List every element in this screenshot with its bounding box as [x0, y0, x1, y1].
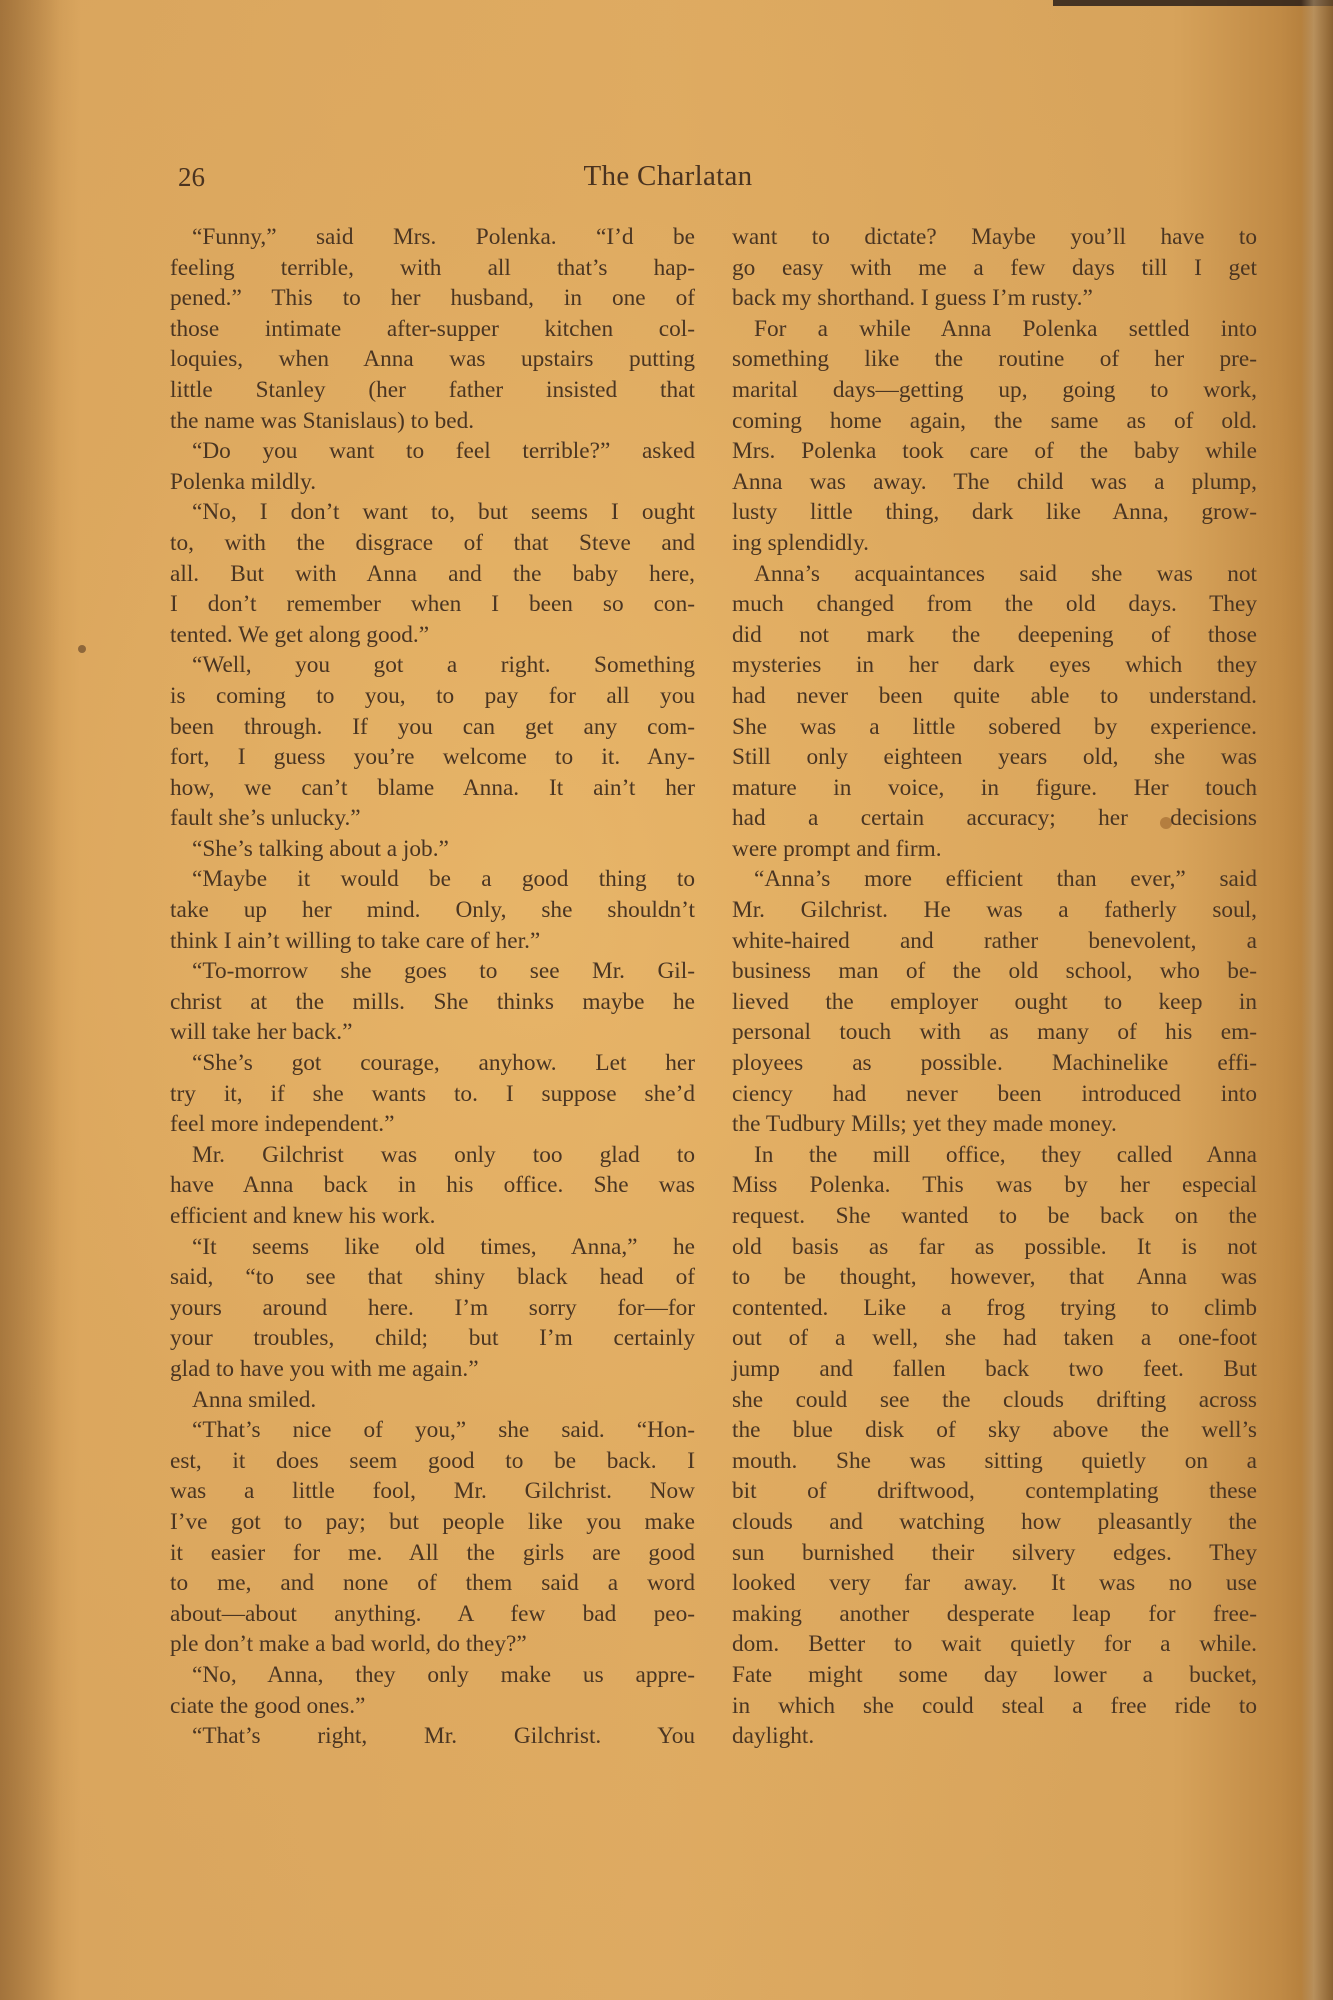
paragraph: “It seems like old times, Anna,” hesaid,… — [170, 1232, 695, 1385]
text-line: go easy with me a few days till I get — [732, 253, 1257, 284]
text-line: daylight. — [732, 1721, 1257, 1752]
text-line: mysteries in her dark eyes which they — [732, 650, 1257, 681]
text-line: business man of the old school, who be- — [732, 956, 1257, 987]
text-line: ployees as possible. Machinelike effi- — [732, 1048, 1257, 1079]
text-line: glad to have you with me again.” — [170, 1354, 695, 1385]
text-line: the blue disk of sky above the well’s — [732, 1415, 1257, 1446]
paragraph: “To-morrow she goes to see Mr. Gil-chris… — [170, 956, 695, 1048]
paragraph: “She’s got courage, anyhow. Let hertry i… — [170, 1048, 695, 1140]
text-line: efficient and knew his work. — [170, 1201, 695, 1232]
text-line: bit of driftwood, contemplating these — [732, 1476, 1257, 1507]
paragraph: Anna’s acquaintances said she was notmuc… — [732, 559, 1257, 865]
book-page: 26 The Charlatan “Funny,” said Mrs. Pole… — [0, 0, 1333, 2000]
text-line: marital days—getting up, going to work, — [732, 375, 1257, 406]
text-line: to me, and none of them said a word — [170, 1568, 695, 1599]
page-right-edge — [1301, 0, 1333, 2000]
text-line: I’ve got to pay; but people like you mak… — [170, 1507, 695, 1538]
text-line: were prompt and firm. — [732, 834, 1257, 865]
text-line: the name was Stanislaus) to bed. — [170, 406, 695, 437]
paragraph: Anna smiled. — [170, 1385, 695, 1416]
text-line: how, we can’t blame Anna. It ain’t her — [170, 773, 695, 804]
text-column-left: “Funny,” said Mrs. Polenka. “I’d befeeli… — [170, 222, 695, 1752]
text-line: had never been quite able to understand. — [732, 681, 1257, 712]
text-line: mouth. She was sitting quietly on a — [732, 1446, 1257, 1477]
text-line: she could see the clouds drifting across — [732, 1385, 1257, 1416]
text-line: will take her back.” — [170, 1017, 695, 1048]
paragraph: want to dictate? Maybe you’ll have togo … — [732, 222, 1257, 314]
text-line: feel more independent.” — [170, 1109, 695, 1140]
text-line: did not mark the deepening of those — [732, 620, 1257, 651]
paragraph: Mr. Gilchrist was only too glad tohave A… — [170, 1140, 695, 1232]
text-line: making another desperate leap for free- — [732, 1599, 1257, 1630]
text-line: yours around here. I’m sorry for—for — [170, 1293, 695, 1324]
text-line: the Tudbury Mills; yet they made money. — [732, 1109, 1257, 1140]
text-line: I don’t remember when I been so con- — [170, 589, 695, 620]
paragraph: “No, Anna, they only make us appre-ciate… — [170, 1660, 695, 1721]
text-line: In the mill office, they called Anna — [732, 1140, 1257, 1171]
text-line: “That’s nice of you,” she said. “Hon- — [170, 1415, 695, 1446]
text-line: had a certain accuracy; her decisions — [732, 803, 1257, 834]
text-line: loquies, when Anna was upstairs putting — [170, 344, 695, 375]
text-line: have Anna back in his office. She was — [170, 1170, 695, 1201]
text-line: contented. Like a frog trying to climb — [732, 1293, 1257, 1324]
text-line: “No, Anna, they only make us appre- — [170, 1660, 695, 1691]
text-line: lieved the employer ought to keep in — [732, 987, 1257, 1018]
text-line: Anna smiled. — [170, 1385, 695, 1416]
text-line: “Funny,” said Mrs. Polenka. “I’d be — [170, 222, 695, 253]
text-line: Miss Polenka. This was by her especial — [732, 1170, 1257, 1201]
text-line: all. But with Anna and the baby here, — [170, 559, 695, 590]
text-line: Polenka mildly. — [170, 467, 695, 498]
text-line: been through. If you can get any com- — [170, 712, 695, 743]
paragraph: “Well, you got a right. Somethingis comi… — [170, 650, 695, 834]
text-line: ple don’t make a bad world, do they?” — [170, 1629, 695, 1660]
text-line: “Well, you got a right. Something — [170, 650, 695, 681]
stain-spot — [78, 645, 86, 653]
text-line: Mr. Gilchrist was only too glad to — [170, 1140, 695, 1171]
text-line: back my shorthand. I guess I’m rusty.” — [732, 283, 1257, 314]
text-line: try it, if she wants to. I suppose she’d — [170, 1079, 695, 1110]
text-line: about—about anything. A few bad peo- — [170, 1599, 695, 1630]
text-line: think I ain’t willing to take care of he… — [170, 926, 695, 957]
text-line: Anna was away. The child was a plump, — [732, 467, 1257, 498]
text-line: jump and fallen back two feet. But — [732, 1354, 1257, 1385]
text-line: is coming to you, to pay for all you — [170, 681, 695, 712]
text-line: your troubles, child; but I’m certainly — [170, 1323, 695, 1354]
paragraph: “That’s nice of you,” she said. “Hon-est… — [170, 1415, 695, 1660]
text-line: christ at the mills. She thinks maybe he — [170, 987, 695, 1018]
text-line: “Maybe it would be a good thing to — [170, 864, 695, 895]
text-line: much changed from the old days. They — [732, 589, 1257, 620]
text-line: to be thought, however, that Anna was — [732, 1262, 1257, 1293]
text-line: pened.” This to her husband, in one of — [170, 283, 695, 314]
text-line: feeling terrible, with all that’s hap- — [170, 253, 695, 284]
text-line: She was a little sobered by experience. — [732, 712, 1257, 743]
paragraph: “That’s right, Mr. Gilchrist. You — [170, 1721, 695, 1752]
text-line: to, with the disgrace of that Steve and — [170, 528, 695, 559]
text-line: want to dictate? Maybe you’ll have to — [732, 222, 1257, 253]
page-top-shadow — [1053, 0, 1333, 6]
text-line: something like the routine of her pre- — [732, 344, 1257, 375]
text-line: said, “to see that shiny black head of — [170, 1262, 695, 1293]
paragraph: “She’s talking about a job.” — [170, 834, 695, 865]
text-line: est, it does seem good to be back. I — [170, 1446, 695, 1477]
text-line: “She’s talking about a job.” — [170, 834, 695, 865]
text-line: old basis as far as possible. It is not — [732, 1232, 1257, 1263]
text-line: For a while Anna Polenka settled into — [732, 314, 1257, 345]
text-line: Mrs. Polenka took care of the baby while — [732, 436, 1257, 467]
text-line: dom. Better to wait quietly for a while. — [732, 1629, 1257, 1660]
page-left-crease — [0, 0, 60, 2000]
text-line: Mr. Gilchrist. He was a fatherly soul, — [732, 895, 1257, 926]
text-line: those intimate after-supper kitchen col- — [170, 314, 695, 345]
text-line: fort, I guess you’re welcome to it. Any- — [170, 742, 695, 773]
text-line: ciency had never been introduced into — [732, 1079, 1257, 1110]
text-line: personal touch with as many of his em- — [732, 1017, 1257, 1048]
text-line: request. She wanted to be back on the — [732, 1201, 1257, 1232]
paragraph: “No, I don’t want to, but seems I oughtt… — [170, 497, 695, 650]
text-line: clouds and watching how pleasantly the — [732, 1507, 1257, 1538]
text-line: “It seems like old times, Anna,” he — [170, 1232, 695, 1263]
text-line: it easier for me. All the girls are good — [170, 1538, 695, 1569]
running-title: The Charlatan — [178, 160, 1158, 193]
text-line: white-haired and rather benevolent, a — [732, 926, 1257, 957]
text-line: little Stanley (her father insisted that — [170, 375, 695, 406]
text-line: sun burnished their silvery edges. They — [732, 1538, 1257, 1569]
paragraph: In the mill office, they called AnnaMiss… — [732, 1140, 1257, 1752]
text-line: take up her mind. Only, she shouldn’t — [170, 895, 695, 926]
paragraph: For a while Anna Polenka settled intosom… — [732, 314, 1257, 559]
text-line: was a little fool, Mr. Gilchrist. Now — [170, 1476, 695, 1507]
text-line: Anna’s acquaintances said she was not — [732, 559, 1257, 590]
paragraph: “Anna’s more efficient than ever,” saidM… — [732, 864, 1257, 1139]
text-line: tented. We get along good.” — [170, 620, 695, 651]
text-line: out of a well, she had taken a one-foot — [732, 1323, 1257, 1354]
text-line: “To-morrow she goes to see Mr. Gil- — [170, 956, 695, 987]
page-header: 26 The Charlatan — [178, 162, 1158, 202]
text-line: looked very far away. It was no use — [732, 1568, 1257, 1599]
text-line: Still only eighteen years old, she was — [732, 742, 1257, 773]
text-line: ciate the good ones.” — [170, 1691, 695, 1722]
text-line: “Do you want to feel terrible?” asked — [170, 436, 695, 467]
text-line: ing splendidly. — [732, 528, 1257, 559]
text-line: “She’s got courage, anyhow. Let her — [170, 1048, 695, 1079]
text-line: fault she’s unlucky.” — [170, 803, 695, 834]
text-line: coming home again, the same as of old. — [732, 406, 1257, 437]
text-line: “That’s right, Mr. Gilchrist. You — [170, 1721, 695, 1752]
paragraph: “Maybe it would be a good thing totake u… — [170, 864, 695, 956]
text-line: “Anna’s more efficient than ever,” said — [732, 864, 1257, 895]
text-column-right: want to dictate? Maybe you’ll have togo … — [732, 222, 1257, 1752]
text-line: “No, I don’t want to, but seems I ought — [170, 497, 695, 528]
paragraph: “Funny,” said Mrs. Polenka. “I’d befeeli… — [170, 222, 695, 436]
text-line: in which she could steal a free ride to — [732, 1691, 1257, 1722]
text-line: lusty little thing, dark like Anna, grow… — [732, 497, 1257, 528]
paragraph: “Do you want to feel terrible?” askedPol… — [170, 436, 695, 497]
text-line: Fate might some day lower a bucket, — [732, 1660, 1257, 1691]
text-line: mature in voice, in figure. Her touch — [732, 773, 1257, 804]
